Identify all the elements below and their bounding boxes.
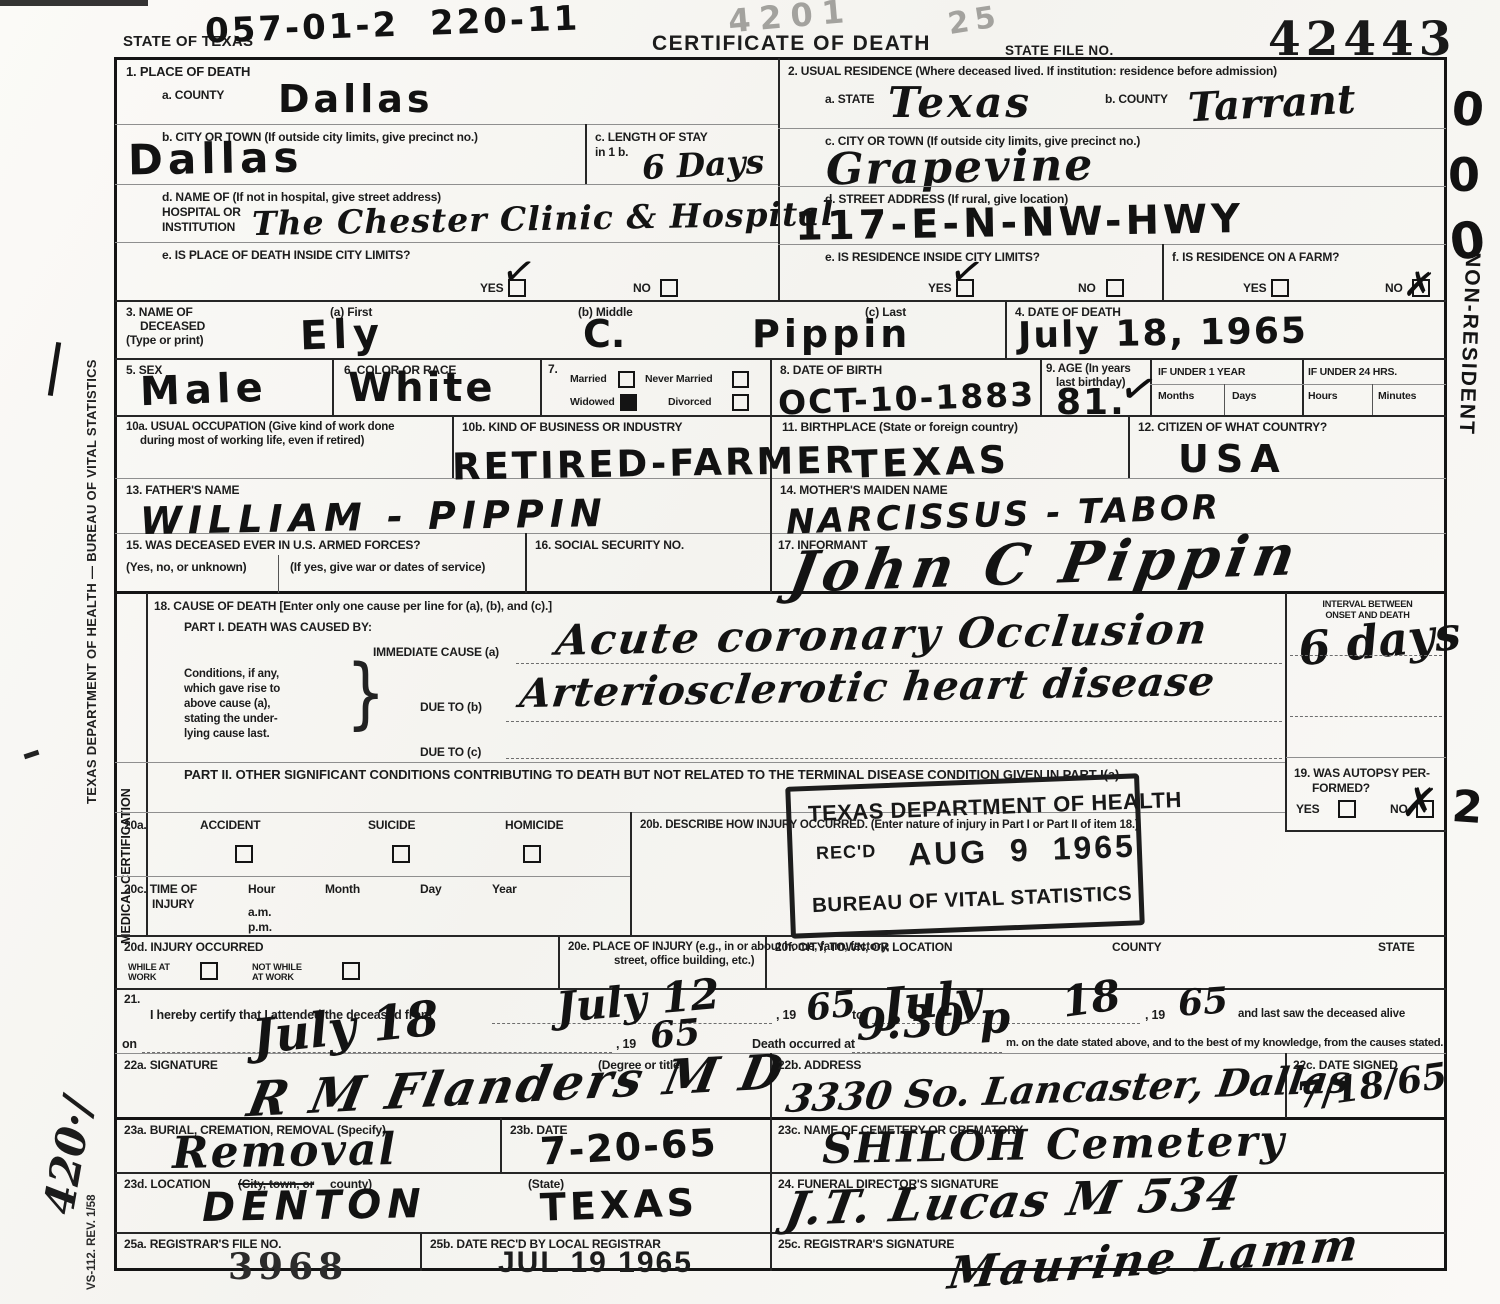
time-of-injury-label-2: INJURY [152, 897, 194, 913]
residence-state-label: a. STATE [825, 92, 874, 108]
hours-label: Hours [1308, 390, 1337, 404]
non-resident-stamp: NON-RESIDENT [1452, 252, 1484, 493]
farm-yes-label: YES [1243, 281, 1266, 297]
form-code-vertical: VS-112. REV. 1/58 [86, 1152, 98, 1290]
am-label: a.m. [248, 905, 271, 921]
hospital-value: The Chester Clinic & Hospital [252, 197, 835, 240]
rule [778, 128, 1446, 129]
residence-limits-no-label: NO [1078, 281, 1096, 297]
accident-checkbox [235, 845, 253, 863]
rule [115, 242, 778, 243]
place-of-death-title: 1. PLACE OF DEATH [126, 64, 250, 81]
certificate-title: CERTIFICATE OF DEATH [652, 30, 931, 57]
header-handwritten-codes: 057-01-2 220-11 [205, 1, 581, 48]
marital-widowed-label: Widowed [570, 396, 615, 410]
father-name-label: 13. FATHER'S NAME [126, 483, 239, 499]
rule [115, 988, 1446, 990]
date-of-birth-value: OCT-10-1883 [778, 378, 1036, 420]
rule [1040, 358, 1042, 415]
marital-never-label: Never Married [645, 373, 712, 387]
marital-section-label: 7. [548, 362, 558, 378]
age-label-1: 9. AGE (In years [1046, 362, 1131, 377]
rule [778, 186, 1446, 187]
hospital-label-2: HOSPITAL OR [162, 205, 241, 221]
first-name-value: Ely [299, 314, 385, 357]
residence-county-value: Tarrant [1187, 80, 1356, 129]
residence-limits-label: e. IS RESIDENCE INSIDE CITY LIMITS? [825, 250, 1040, 266]
rule [525, 533, 527, 593]
rule [770, 1118, 772, 1172]
death-certificate-scan: 420·/ TEXAS DEPARTMENT OF HEALTH — BUREA… [0, 0, 1500, 1304]
place-limits-no-checkbox [660, 279, 678, 297]
rule [1285, 830, 1446, 832]
certify-number: 21. [124, 992, 140, 1008]
left-margin-agency-text: TEXAS DEPARTMENT OF HEALTH — BUREAU OF V… [84, 238, 99, 804]
rule [1150, 384, 1446, 385]
day-label: Day [420, 882, 441, 898]
rule [506, 721, 1282, 722]
burial-date-value: 7-20-65 [539, 1123, 718, 1170]
armed-forces-sub-2: (If yes, give war or dates of service) [290, 560, 485, 576]
occupation-label-2: during most of working life, even if ret… [140, 434, 364, 449]
certify-year2-label: , 19 [1145, 1007, 1165, 1023]
certify-on-label: on [122, 1036, 137, 1052]
rule [1302, 358, 1304, 415]
conditions-brace: } [346, 647, 385, 738]
autopsy-no-cross-icon: ✗ [1400, 780, 1439, 825]
armed-forces-sub-1: (Yes, no, or unknown) [126, 560, 246, 576]
certify-year2-value: 65 [1177, 982, 1229, 1021]
date-of-death-value: July 18, 1965 [1018, 313, 1308, 354]
registrar-signature-label: 25c. REGISTRAR'S SIGNATURE [778, 1237, 954, 1253]
margin-pen-dash [24, 750, 40, 759]
rule [1128, 415, 1130, 478]
margin-zero-1: 0 [1450, 84, 1487, 133]
signature-label: 22a. SIGNATURE [124, 1058, 218, 1074]
industry-label: 10b. KIND OF BUSINESS OR INDUSTRY [462, 420, 682, 436]
length-of-stay-sublabel: in 1 b. [595, 145, 628, 161]
residence-county-label: b. COUNTY [1105, 92, 1168, 108]
ssn-label: 16. SOCIAL SECURITY NO. [535, 538, 684, 554]
hospital-label-3: INSTITUTION [162, 220, 235, 236]
rule [115, 876, 630, 877]
certify-year1-label: , 19 [776, 1007, 796, 1023]
location-city-value: DENTON [202, 1184, 427, 1228]
rule [1224, 384, 1225, 415]
year-label: Year [492, 882, 517, 898]
rule [115, 124, 778, 125]
margin-zero-2: 0 [1448, 152, 1480, 198]
farm-no-label: NO [1385, 281, 1403, 297]
city-value: Dallas [128, 136, 304, 181]
certify-to-day: 18 [1059, 974, 1123, 1024]
if-under-24-hrs-label: IF UNDER 24 HRS. [1308, 366, 1397, 380]
due-to-c-label: DUE TO (c) [420, 745, 481, 761]
pm-label: p.m. [248, 920, 272, 936]
rule [630, 812, 632, 935]
hour-label: Hour [248, 882, 275, 898]
occupation-label-1: 10a. USUAL OCCUPATION (Give kind of work… [126, 420, 394, 435]
length-of-stay-label: c. LENGTH OF STAY [595, 130, 708, 146]
autopsy-label-2: FORMED? [1312, 781, 1370, 797]
widowed-checkbox [620, 394, 637, 411]
marital-divorced-label: Divorced [668, 396, 711, 410]
mother-name-label: 14. MOTHER'S MAIDEN NAME [780, 483, 947, 499]
homicide-label: HOMICIDE [505, 818, 563, 834]
last-name-value: Pippin [752, 315, 911, 353]
rule [115, 300, 1446, 302]
street-address-value: 117-E-N-NW-HWY [795, 199, 1245, 247]
citizen-value: USA [1178, 440, 1287, 478]
rule [1162, 244, 1164, 300]
certify-text-6: m. on the date stated above, and to the … [1006, 1036, 1443, 1051]
farm-label: f. IS RESIDENCE ON A FARM? [1172, 250, 1339, 266]
margin-note-2: 2 [1451, 785, 1485, 831]
rule [770, 358, 772, 415]
rule [1290, 716, 1442, 717]
homicide-checkbox [523, 845, 541, 863]
place-limits-label: e. IS PLACE OF DEATH INSIDE CITY LIMITS? [162, 248, 410, 264]
marital-married-label: Married [570, 373, 607, 387]
rule [585, 124, 587, 184]
rule [558, 935, 560, 988]
residence-state-value: Texas [888, 82, 1032, 124]
immediate-cause-value: Acute coronary Occlusion [553, 608, 1211, 661]
minutes-label: Minutes [1378, 390, 1416, 404]
injury-occurred-label: 20d. INJURY OCCURRED [124, 940, 263, 956]
middle-name-value: C. [583, 315, 625, 353]
manner-section-label: 20a. [124, 818, 147, 834]
rule [420, 1232, 422, 1271]
county-value: Dallas [278, 80, 434, 118]
farm-no-cross-icon: ✗ [1402, 266, 1437, 306]
scan-smudge-top [0, 0, 148, 6]
conditions-line-3: above cause (a), [184, 697, 270, 712]
injury-county-label: COUNTY [1112, 940, 1161, 956]
name-title-3: (Type or print) [126, 333, 203, 349]
certify-time-value: 9:30 p [855, 996, 1011, 1048]
father-name-value: WILLIAM - PIPPIN [140, 494, 608, 540]
suicide-label: SUICIDE [368, 818, 415, 834]
location-label: 23d. LOCATION [124, 1177, 211, 1193]
rule [332, 358, 334, 415]
rule [770, 1172, 772, 1232]
rule [1372, 384, 1373, 415]
not-while-at-work-checkbox [342, 962, 360, 980]
burial-value: Removal [172, 1128, 398, 1176]
if-under-1-year-label: IF UNDER 1 YEAR [1158, 366, 1245, 380]
certify-year3-label: , 19 [616, 1036, 636, 1052]
place-of-injury-label-2: street, office building, etc.) [614, 954, 754, 969]
rule [1290, 655, 1442, 656]
place-limits-no-label: NO [633, 281, 651, 297]
armed-forces-label: 15. WAS DECEASED EVER IN U.S. ARMED FORC… [126, 538, 420, 554]
rule [115, 762, 1285, 763]
birthplace-label: 11. BIRTHPLACE (State or foreign country… [782, 420, 1018, 436]
length-of-stay-value: 6 Days [641, 145, 765, 184]
race-value: White [348, 368, 496, 408]
rule [852, 1052, 1002, 1053]
rule [1005, 300, 1007, 358]
month-label: Month [325, 882, 360, 898]
conditions-line-4: stating the under- [184, 712, 278, 727]
days-label: Days [1232, 390, 1256, 404]
rule [115, 935, 1446, 937]
divorced-checkbox [732, 394, 749, 411]
injury-city-label: 20f. CITY, TOWN, OR LOCATION [775, 940, 952, 956]
autopsy-yes-checkbox [1338, 800, 1356, 818]
rule [1285, 593, 1287, 832]
rule [1286, 757, 1446, 758]
immediate-cause-label: IMMEDIATE CAUSE (a) [373, 645, 499, 661]
registrar-date-stamp: JUL 19 1965 [498, 1246, 693, 1280]
conditions-line-1: Conditions, if any, [184, 667, 279, 682]
autopsy-yes-label: YES [1296, 802, 1319, 818]
county-label: a. COUNTY [162, 88, 224, 104]
informant-signature: John C Pippin [785, 527, 1305, 601]
place-limits-yes-check-icon: ✓ [499, 249, 539, 294]
rule [770, 478, 772, 533]
rule [278, 555, 279, 593]
cemetery-value: SHILOH Cemetery [822, 1120, 1287, 1170]
birthplace-value: TEXAS [851, 440, 1010, 483]
margin-zero-3: 0 [1447, 214, 1488, 268]
while-at-work-checkbox [200, 962, 218, 980]
date-of-birth-label: 8. DATE OF BIRTH [780, 363, 882, 379]
part1-label: PART I. DEATH WAS CAUSED BY: [184, 620, 372, 636]
rule [778, 58, 780, 300]
residence-limits-no-checkbox [1106, 279, 1124, 297]
not-while-label-2: AT WORK [252, 972, 294, 984]
due-to-b-value: Arteriosclerotic heart disease [518, 662, 1218, 714]
farm-yes-checkbox [1271, 279, 1289, 297]
margin-pen-bar [48, 342, 61, 396]
address-label: 22b. ADDRESS [778, 1058, 861, 1074]
rule [506, 758, 1282, 759]
rule [500, 1118, 502, 1172]
injury-state-label: STATE [1378, 940, 1415, 956]
location-state-value: TEXAS [539, 1183, 698, 1226]
citizen-label: 12. CITIZEN OF WHAT COUNTRY? [1138, 420, 1327, 436]
months-label: Months [1158, 390, 1194, 404]
time-of-injury-label-1: 20c. TIME OF [124, 882, 197, 898]
rule [770, 533, 772, 593]
due-to-b-label: DUE TO (b) [420, 700, 482, 716]
sex-value: Male [139, 368, 268, 412]
cause-of-death-label: 18. CAUSE OF DEATH [Enter only one cause… [154, 599, 552, 615]
usual-residence-title: 2. USUAL RESIDENCE (Where deceased lived… [788, 64, 1277, 80]
accident-label: ACCIDENT [200, 818, 260, 834]
pencil-note-right: 25 [946, 2, 1004, 40]
received-stamp-recd: REC'D [816, 841, 877, 864]
rule [778, 244, 1446, 245]
rule [115, 184, 778, 185]
rule [540, 358, 542, 415]
conditions-line-2: which gave rise to [184, 682, 280, 697]
rule [770, 1232, 772, 1271]
conditions-line-5: lying cause last. [184, 727, 269, 742]
while-at-work-label-2: WORK [128, 972, 156, 984]
never-married-checkbox [732, 371, 749, 388]
certify-text-3: and last saw the deceased alive [1238, 1007, 1405, 1022]
suicide-checkbox [392, 845, 410, 863]
married-checkbox [618, 371, 635, 388]
certify-year1-value: 65 [804, 985, 858, 1026]
registrar-file-value: 3968 [228, 1246, 348, 1288]
occupation-value: RETIRED-FARMER [452, 441, 857, 485]
